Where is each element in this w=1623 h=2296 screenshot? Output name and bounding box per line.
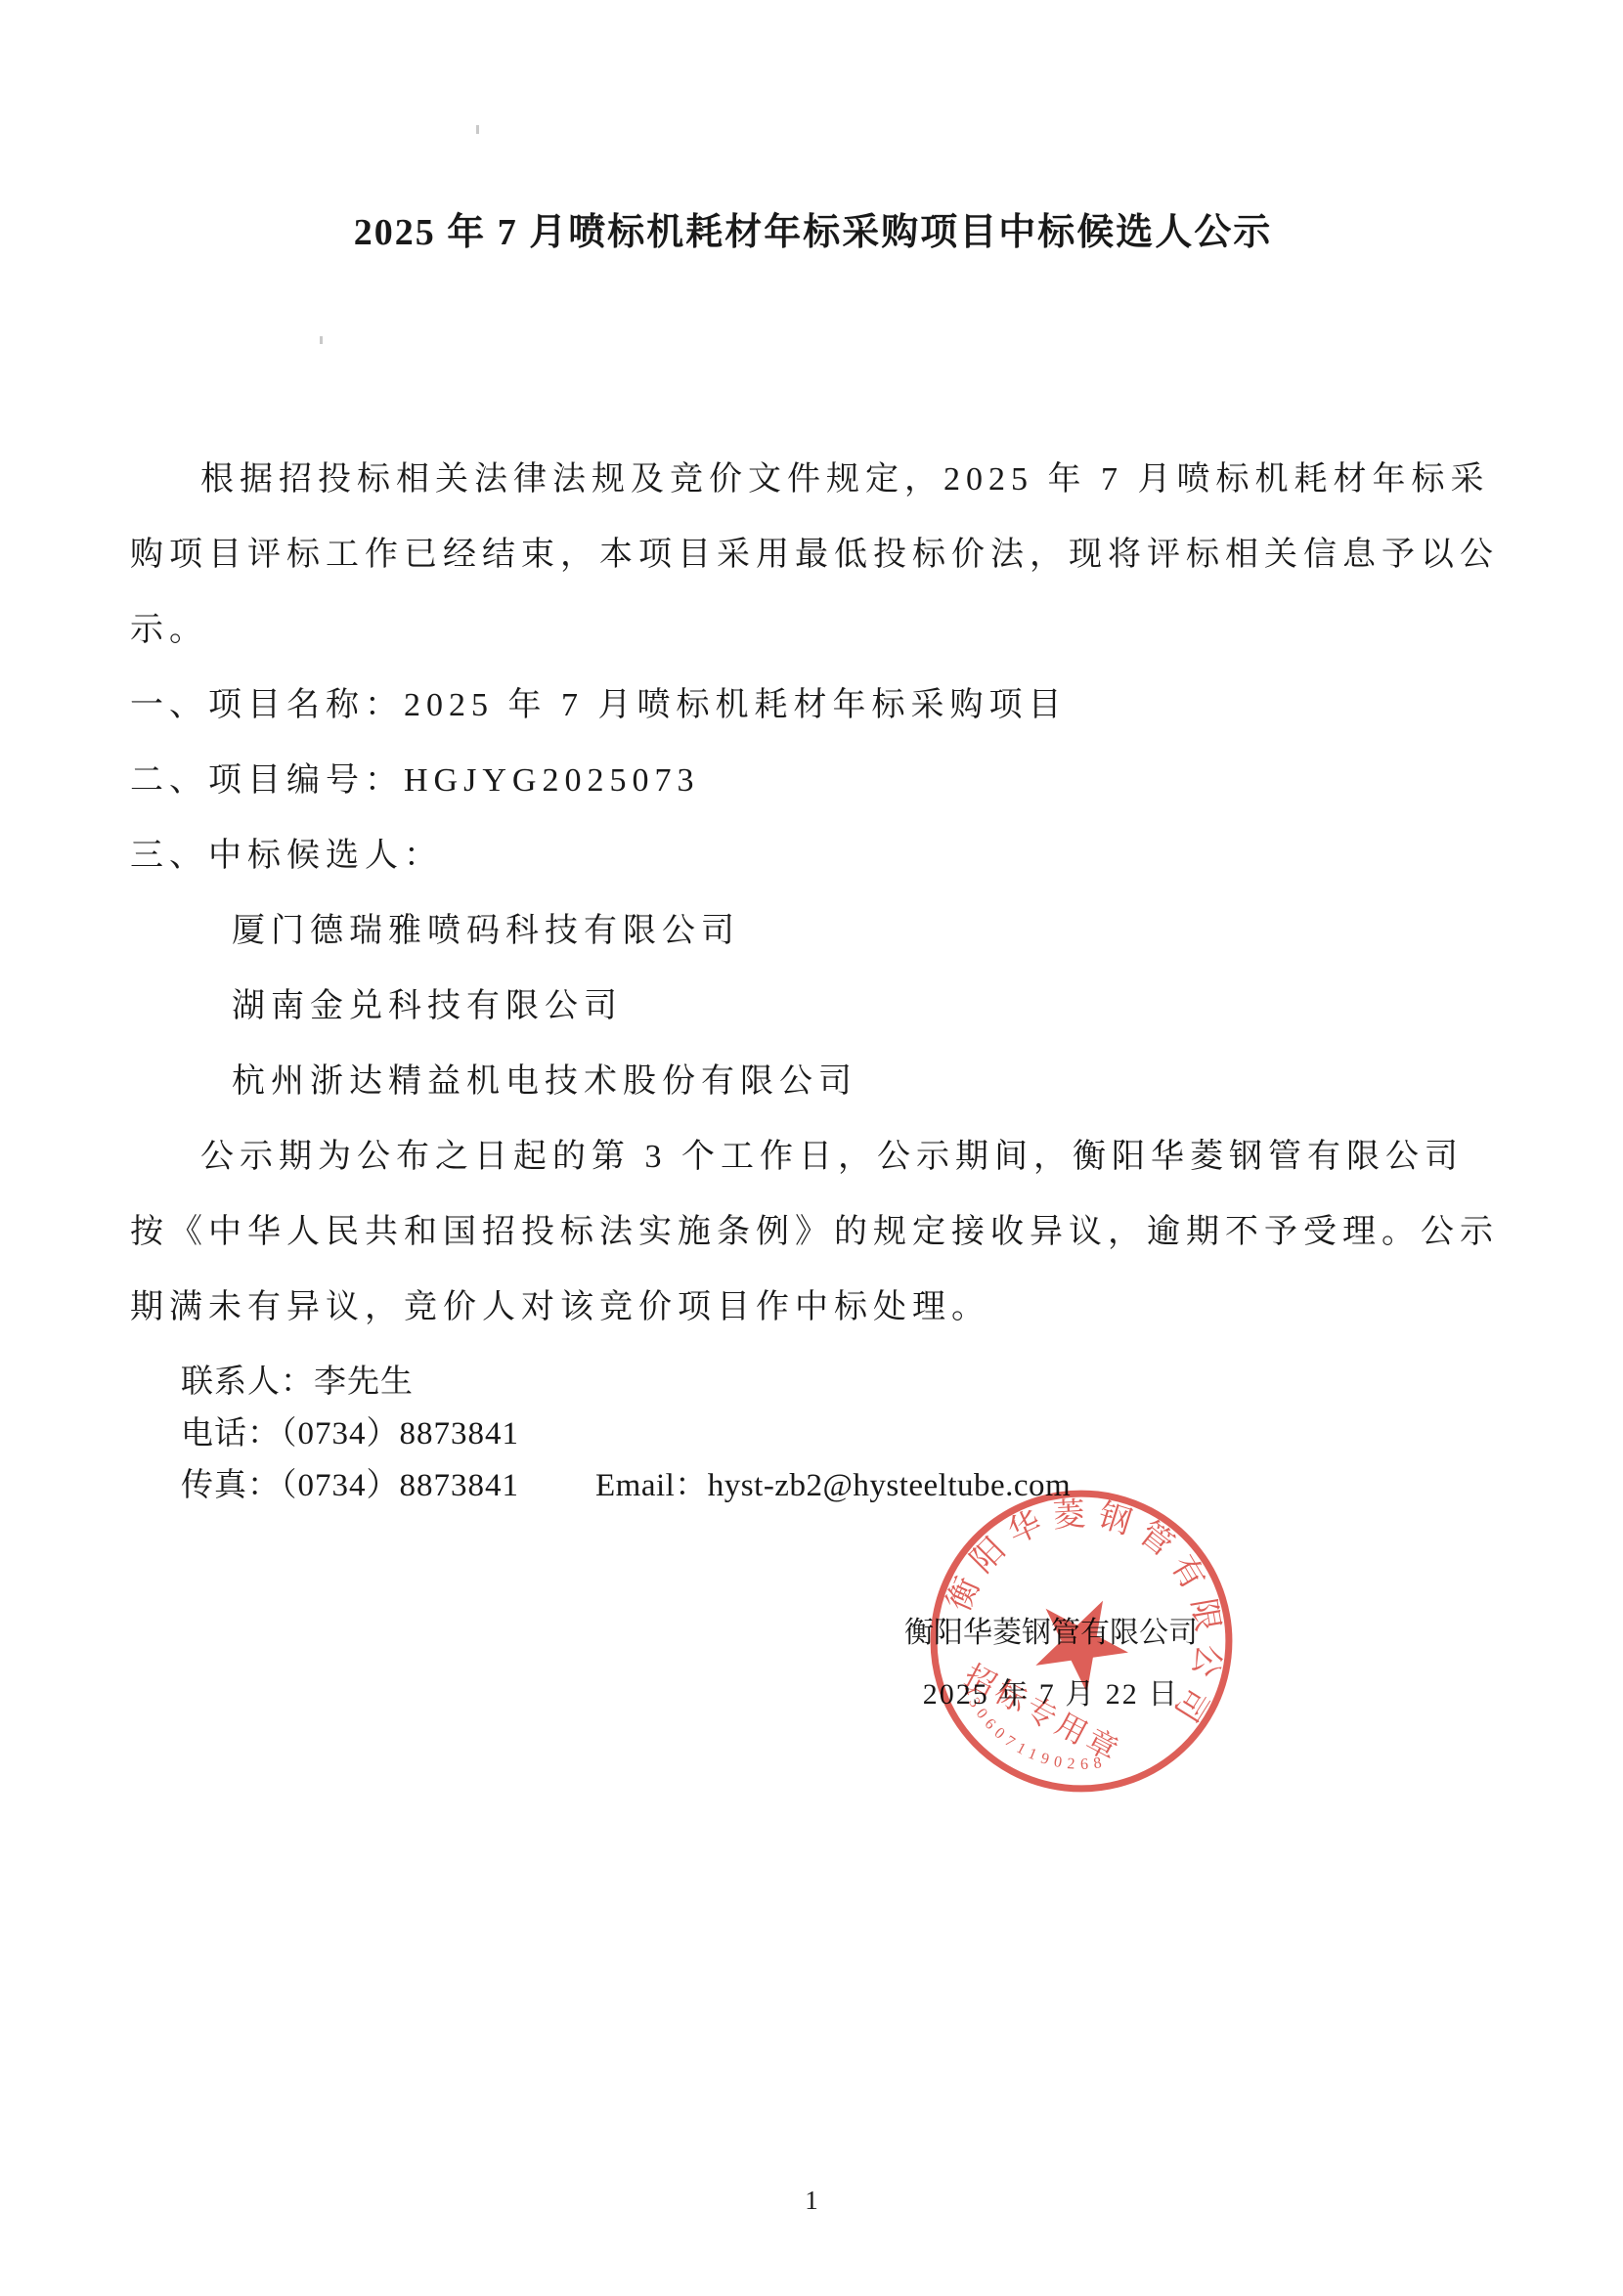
document-page: 2025 年 7 月喷标机耗材年标采购项目中标候选人公示 根据招投标相关法律法规…	[0, 0, 1623, 2296]
page-title: 2025 年 7 月喷标机耗材年标采购项目中标候选人公示	[130, 201, 1496, 255]
scan-artifact	[476, 125, 479, 134]
paragraph-line: 按《中华人民共和国招投标法实施条例》的规定接收异议，逾期不予受理。公示	[130, 1194, 1499, 1270]
paragraph-line: 期满未有异议，竞价人对该竞价项目作中标处理。	[130, 1270, 1499, 1345]
contact-fax-row: 传真：（0734）8873841Email：hyst-zb2@hysteeltu…	[181, 1460, 1452, 1512]
contact-fax: 传真：（0734）8873841	[181, 1468, 519, 1503]
candidate-company: 杭州浙达精益机电技术股份有限公司	[130, 1044, 1499, 1119]
project-name-line: 一、项目名称：2025 年 7 月喷标机耗材年标采购项目	[130, 668, 1499, 743]
company-seal: 衡阳华菱钢管有限公司 ★ 招标专用章 4306071190268	[914, 1474, 1249, 1808]
contact-phone: 电话：（0734）8873841	[181, 1408, 1452, 1460]
contact-block: 联系人：李先生 电话：（0734）8873841 传真：（0734）887384…	[181, 1357, 1452, 1512]
paragraph-line: 公示期为公布之日起的第 3 个工作日，公示期间，衡阳华菱钢管有限公司	[130, 1119, 1499, 1194]
scan-artifact	[320, 336, 323, 344]
paragraph-line: 购项目评标工作已经结束，本项目采用最低投标价法，现将评标相关信息予以公	[130, 517, 1499, 592]
document-body: 根据招投标相关法律法规及竞价文件规定，2025 年 7 月喷标机耗材年标采 购项…	[130, 442, 1499, 1345]
contact-person: 联系人：李先生	[181, 1357, 1452, 1408]
project-number-line: 二、项目编号：HGJYG2025073	[130, 743, 1499, 818]
page-number: 1	[0, 2186, 1623, 2216]
paragraph-line: 示。	[130, 592, 1499, 668]
candidate-company: 湖南金兑科技有限公司	[130, 969, 1499, 1044]
paragraph-line: 根据招投标相关法律法规及竞价文件规定，2025 年 7 月喷标机耗材年标采	[130, 442, 1499, 517]
candidates-heading: 三、中标候选人：	[130, 818, 1499, 893]
candidate-company: 厦门德瑞雅喷码科技有限公司	[130, 893, 1499, 969]
